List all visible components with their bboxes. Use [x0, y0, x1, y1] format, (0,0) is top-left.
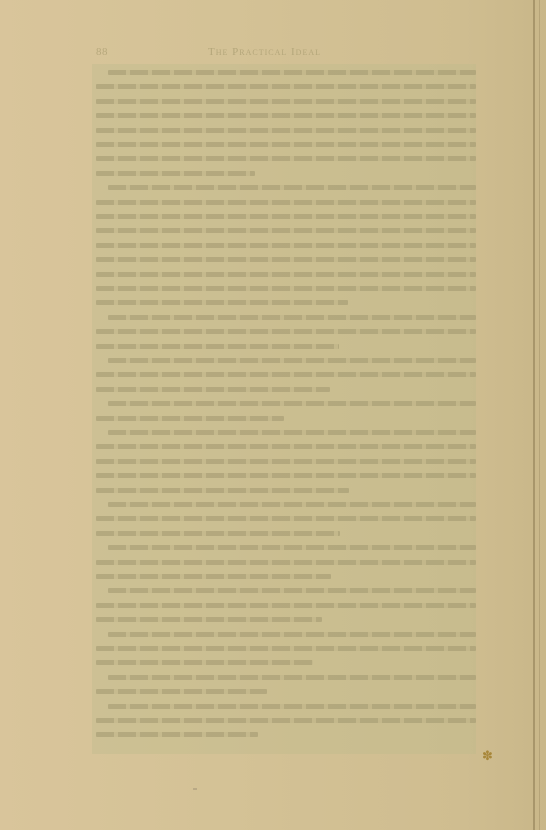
- text-line: [96, 372, 476, 377]
- text-line: [96, 142, 476, 147]
- scanned-book-page: 88 The Practical Ideal ✽: [0, 0, 546, 830]
- text-line: [96, 128, 476, 133]
- text-line: [96, 473, 476, 478]
- text-line: [96, 329, 476, 334]
- text-line: [108, 588, 476, 593]
- text-line: [108, 545, 476, 550]
- text-line: [96, 113, 476, 118]
- scan-smudge: [193, 788, 197, 790]
- text-line: [96, 243, 476, 248]
- text-line: [108, 675, 476, 680]
- text-line: [108, 632, 476, 637]
- page-header: 88 The Practical Ideal: [96, 46, 476, 60]
- text-line: [96, 444, 476, 449]
- text-line: [96, 272, 476, 277]
- page-edge-line: [539, 0, 540, 830]
- text-line: [108, 70, 476, 75]
- text-line: [96, 574, 331, 579]
- running-head: The Practical Ideal: [208, 46, 321, 58]
- ornament-mark-icon: ✽: [482, 748, 493, 764]
- text-line: [108, 704, 476, 709]
- text-line: [96, 387, 330, 392]
- text-line: [96, 603, 476, 608]
- text-line: [96, 732, 258, 737]
- text-line: [108, 502, 476, 507]
- text-line: [96, 286, 476, 291]
- text-line: [96, 99, 476, 104]
- text-line: [96, 516, 476, 521]
- text-line: [108, 185, 476, 190]
- text-line: [96, 646, 476, 651]
- text-line: [96, 531, 340, 536]
- text-line: [96, 617, 322, 622]
- text-line: [96, 257, 476, 262]
- text-line: [96, 689, 267, 694]
- text-line: [108, 315, 476, 320]
- text-line: [108, 401, 476, 406]
- text-line: [96, 416, 284, 421]
- text-line: [108, 358, 476, 363]
- page-number: 88: [96, 46, 108, 58]
- text-line: [96, 660, 313, 665]
- text-line: [96, 344, 339, 349]
- text-line: [96, 228, 476, 233]
- text-line: [96, 488, 349, 493]
- text-line: [96, 459, 476, 464]
- text-line: [96, 214, 476, 219]
- text-line: [96, 84, 476, 89]
- text-line: [96, 718, 476, 723]
- text-line: [96, 300, 348, 305]
- text-line: [96, 560, 476, 565]
- text-line: [96, 156, 476, 161]
- page-edge-shadow: [533, 0, 535, 830]
- text-line: [108, 430, 476, 435]
- text-line: [96, 171, 255, 176]
- text-line: [96, 200, 476, 205]
